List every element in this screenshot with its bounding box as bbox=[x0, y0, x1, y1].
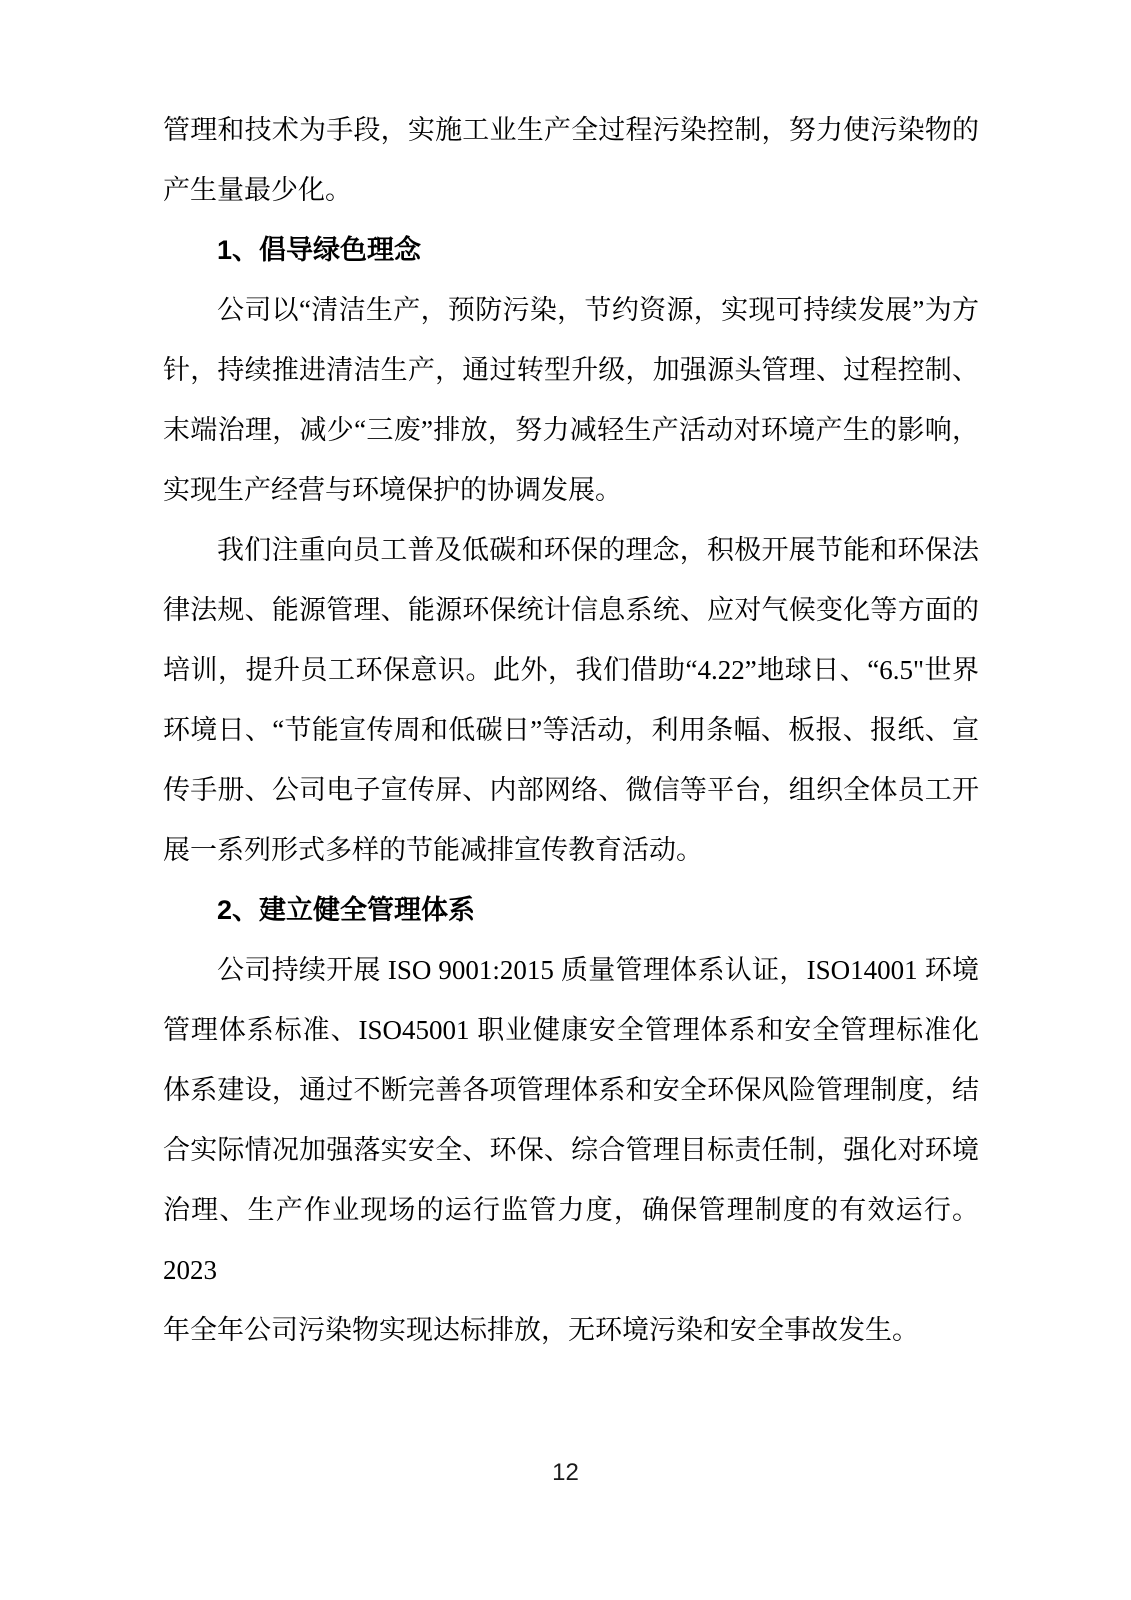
document-body: 管理和技术为手段，实施工业生产全过程污染控制，努力使污染物的产生量最少化。1、倡… bbox=[163, 100, 979, 1360]
document-page: 管理和技术为手段，实施工业生产全过程污染控制，努力使污染物的产生量最少化。1、倡… bbox=[0, 0, 1131, 1600]
text-line: 体系建设，通过不断完善各项管理体系和安全环保风险管理制度，结 bbox=[163, 1060, 979, 1120]
heading-line: 1、倡导绿色理念 bbox=[163, 220, 979, 280]
page-footer: 12 bbox=[0, 1458, 1131, 1488]
page-number: 12 bbox=[552, 1459, 579, 1486]
text-line: 实现生产经营与环境保护的协调发展。 bbox=[163, 460, 979, 520]
heading-line: 2、建立健全管理体系 bbox=[163, 880, 979, 940]
text-line: 治理、生产作业现场的运行监管力度，确保管理制度的有效运行。2023 bbox=[163, 1180, 979, 1300]
text-line: 年全年公司污染物实现达标排放，无环境污染和安全事故发生。 bbox=[163, 1300, 979, 1360]
text-line: 产生量最少化。 bbox=[163, 160, 979, 220]
text-line: 环境日、“节能宣传周和低碳日”等活动，利用条幅、板报、报纸、宣 bbox=[163, 700, 979, 760]
text-line: 管理和技术为手段，实施工业生产全过程污染控制，努力使污染物的 bbox=[163, 100, 979, 160]
text-line: 针，持续推进清洁生产，通过转型升级，加强源头管理、过程控制、 bbox=[163, 340, 979, 400]
text-line: 末端治理，减少“三废”排放，努力减轻生产活动对环境产生的影响， bbox=[163, 400, 979, 460]
text-line: 我们注重向员工普及低碳和环保的理念，积极开展节能和环保法 bbox=[163, 520, 979, 580]
text-line: 公司持续开展 ISO 9001:2015 质量管理体系认证，ISO14001 环… bbox=[163, 940, 979, 1000]
text-line: 展一系列形式多样的节能减排宣传教育活动。 bbox=[163, 820, 979, 880]
text-line: 传手册、公司电子宣传屏、内部网络、微信等平台，组织全体员工开 bbox=[163, 760, 979, 820]
text-line: 律法规、能源管理、能源环保统计信息系统、应对气候变化等方面的 bbox=[163, 580, 979, 640]
text-line: 培训，提升员工环保意识。此外，我们借助“4.22”地球日、“6.5"世界 bbox=[163, 640, 979, 700]
text-line: 合实际情况加强落实安全、环保、综合管理目标责任制，强化对环境 bbox=[163, 1120, 979, 1180]
text-line: 公司以“清洁生产，预防污染，节约资源，实现可持续发展”为方 bbox=[163, 280, 979, 340]
text-line: 管理体系标准、ISO45001 职业健康安全管理体系和安全管理标准化 bbox=[163, 1000, 979, 1060]
